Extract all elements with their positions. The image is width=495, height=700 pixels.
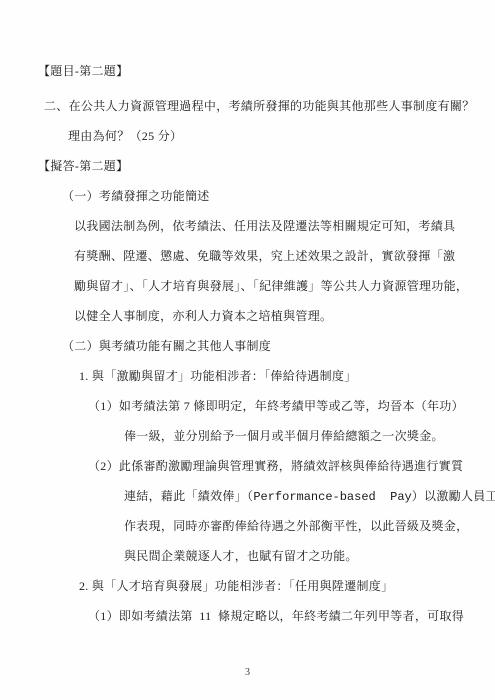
item-1-point-2-line-2-pre: 連結，藉此「績效俸」（ — [124, 489, 253, 503]
question-line-1: 二、在公共人力資源管理過程中，考績所發揮的功能與其他那些人事制度有關？ — [0, 91, 495, 121]
item-1-point-2-line-2-post: ）以激勵人員工 — [412, 489, 495, 503]
item-1-point-1-line-2: 俸一級，並分別給予一個月或半個月俸給總額之一次獎金。 — [0, 421, 495, 451]
item-2-point-1-line-1: （1）即如考績法第 11 條規定略以，年終考績二年列甲等者，可取得 — [0, 601, 495, 631]
question-line-2: 理由為何？（25 分） — [0, 121, 495, 151]
item-1-point-2-line-4: 與民間企業競逐人才，也賦有留才之功能。 — [0, 541, 495, 571]
answer-heading: 【擬答-第二題】 — [0, 151, 495, 181]
section-two-heading: （二）與考績功能有關之其他人事制度 — [0, 331, 495, 361]
section-one-body-line-4: 以健全人事制度，亦利人力資本之培植與管理。 — [0, 301, 495, 331]
section-one-body-line-3: 勵與留才」、「人才培育與發展」、「紀律維護」等公共人力資源管理功能， — [0, 271, 495, 301]
section-one-body-line-1: 以我國法制為例，依考績法、任用法及陞遷法等相關規定可知，考績具 — [0, 211, 495, 241]
performance-pay-latin-term: Performance-based Pay — [253, 490, 411, 504]
item-1-point-2-line-2: 連結，藉此「績效俸」（Performance-based Pay）以激勵人員工 — [0, 481, 495, 511]
document-body: 【題目-第二題】 二、在公共人力資源管理過程中，考績所發揮的功能與其他那些人事制… — [0, 0, 495, 631]
item-2-heading: 2. 與「人才培育與發展」功能相涉者：「任用與陞遷制度」 — [0, 571, 495, 601]
page-number: 3 — [0, 667, 495, 678]
item-1-point-2-line-1: （2）此係審酌激勵理論與管理實務，將績效評核與俸給待遇進行實質 — [0, 451, 495, 481]
topic-heading: 【題目-第二題】 — [0, 56, 495, 86]
document-page: 【題目-第二題】 二、在公共人力資源管理過程中，考績所發揮的功能與其他那些人事制… — [0, 0, 495, 700]
section-one-body-line-2: 有獎酬、陞遷、懲處、免職等效果，究上述效果之設計，實欲發揮「激 — [0, 241, 495, 271]
section-one-heading: （一）考績發揮之功能簡述 — [0, 181, 495, 211]
item-1-heading: 1. 與「激勵與留才」功能相涉者：「俸給待遇制度」 — [0, 361, 495, 391]
item-1-point-2-line-3: 作表現，同時亦審酌俸給待遇之外部衡平性，以此晉級及獎金， — [0, 511, 495, 541]
item-1-point-1-line-1: （1）如考績法第 7 條即明定，年終考績甲等或乙等，均晉本（年功） — [0, 391, 495, 421]
